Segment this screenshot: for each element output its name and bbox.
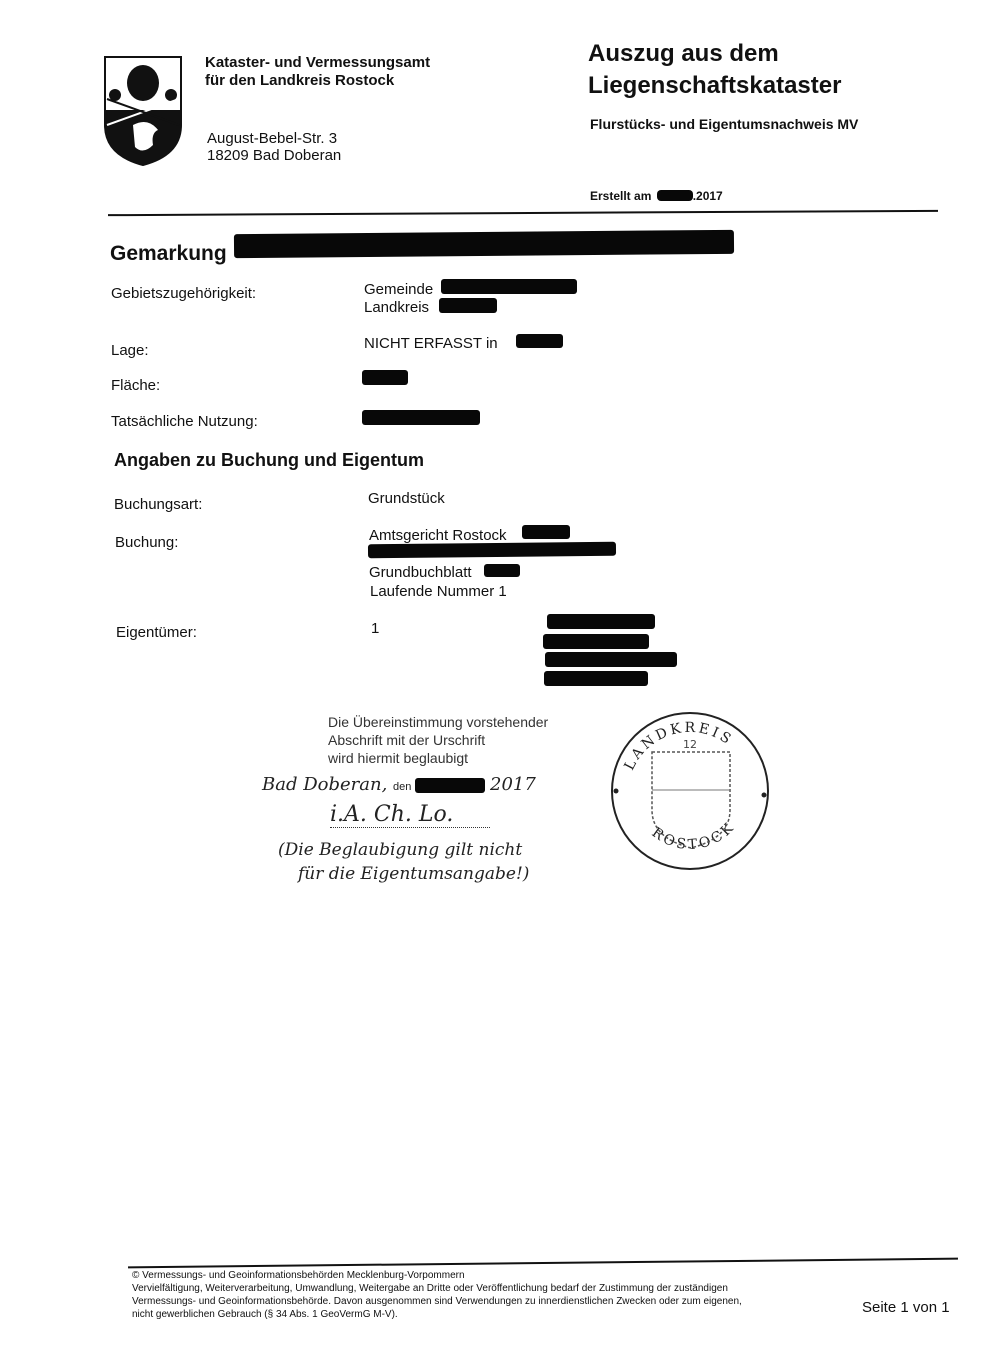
landkreis-label: Landkreis	[364, 299, 433, 317]
footer-line1: © Vermessungs- und Geoinformationsbehörd…	[132, 1269, 852, 1282]
field-value-buchung-sheet: Grundbuchblatt	[369, 564, 472, 582]
address-street: August-Bebel-Str. 3	[207, 130, 341, 147]
note-line1: (Die Beglaubigung gilt nicht	[278, 838, 529, 862]
title-line1: Auszug aus dem	[588, 38, 841, 70]
field-label-buchung: Buchung:	[115, 534, 178, 551]
redacted-date	[657, 190, 693, 201]
footer-line3: Vermessungs- und Geoinformationsbehörde.…	[132, 1295, 852, 1308]
redacted-sheet-number	[484, 564, 520, 577]
redacted-gemarkung	[234, 230, 734, 258]
field-label-gebiet: Gebietszugehörigkeit:	[111, 285, 256, 302]
cert-den: den	[393, 781, 411, 793]
redacted-owner-line3	[545, 652, 677, 667]
field-value-buchungsart: Grundstück	[368, 490, 445, 508]
handwritten-note: (Die Beglaubigung gilt nicht für die Eig…	[278, 838, 529, 886]
field-value-lage: NICHT ERFASST in	[364, 335, 498, 353]
created-year: .2017	[693, 189, 723, 203]
owner-index: 1	[371, 620, 379, 638]
svg-text:LANDKREIS: LANDKREIS	[621, 720, 736, 773]
svg-text:12: 12	[683, 738, 697, 751]
footer-line2: Vervielfältigung, Weiterverarbeitung, Um…	[132, 1282, 852, 1295]
redacted-gemeinde	[441, 279, 577, 294]
cert-line3: wird hiermit beglaubigt	[328, 749, 548, 767]
field-value-buchung-number: Laufende Nummer 1	[370, 583, 507, 601]
created-label: Erstellt am	[590, 189, 651, 203]
redacted-court-detail	[522, 525, 570, 539]
field-label-buchungsart: Buchungsart:	[114, 496, 202, 513]
signature: i.A. Ch. Lo.	[330, 802, 490, 828]
office-name-line2: für den Landkreis Rostock	[205, 72, 430, 90]
gemeinde-label: Gemeinde	[364, 281, 433, 299]
redacted-owner-line2	[543, 634, 649, 649]
title-line2: Liegenschaftskataster	[588, 70, 841, 102]
cert-place-date: Bad Doberan, den	[262, 774, 411, 795]
redacted-owner-line4	[544, 671, 648, 686]
document-subtitle: Flurstücks- und Eigentumsnachweis MV	[590, 116, 858, 132]
field-label-owner: Eigentümer:	[116, 624, 197, 641]
gemarkung-heading: Gemarkung	[110, 242, 227, 266]
booking-section-title: Angaben zu Buchung und Eigentum	[114, 450, 424, 471]
coat-of-arms-icon	[103, 55, 183, 167]
redacted-landkreis	[439, 298, 497, 313]
redacted-flaeche	[362, 370, 408, 385]
redacted-lage	[516, 334, 563, 348]
certification-text: Die Übereinstimmung vorstehender Abschri…	[328, 713, 548, 767]
field-label-nutzung: Tatsächliche Nutzung:	[111, 413, 258, 430]
footer-copyright: © Vermessungs- und Geoinformationsbehörd…	[132, 1269, 852, 1321]
header-divider	[108, 210, 938, 216]
cert-line2: Abschrift mit der Urschrift	[328, 731, 548, 749]
redacted-cert-date	[415, 778, 485, 793]
note-line2: für die Eigentumsangabe!)	[278, 862, 529, 886]
page-number: Seite 1 von 1	[862, 1299, 950, 1316]
document-title: Auszug aus dem Liegenschaftskataster	[588, 38, 841, 102]
office-name: Kataster- und Vermessungsamt für den Lan…	[205, 54, 430, 90]
field-label-flaeche: Fläche:	[111, 377, 160, 394]
office-name-line1: Kataster- und Vermessungsamt	[205, 54, 430, 72]
field-value-gebiet: Gemeinde Landkreis	[364, 281, 433, 317]
redacted-buchung-line	[368, 542, 616, 559]
cert-year: 2017	[490, 774, 536, 795]
cert-place: Bad Doberan,	[262, 774, 387, 795]
created-date: Erstellt am .2017	[590, 189, 723, 203]
redacted-owner-line1	[547, 614, 655, 629]
field-label-lage: Lage:	[111, 342, 149, 359]
office-address: August-Bebel-Str. 3 18209 Bad Doberan	[207, 130, 341, 164]
redacted-nutzung	[362, 410, 480, 425]
footer-divider	[128, 1258, 958, 1269]
address-city: 18209 Bad Doberan	[207, 147, 341, 164]
footer-line4: nicht gewerblichen Gebrauch (§ 34 Abs. 1…	[132, 1308, 852, 1321]
official-stamp-icon: LANDKREIS ROSTOCK 12	[606, 710, 774, 872]
cert-line1: Die Übereinstimmung vorstehender	[328, 713, 548, 731]
